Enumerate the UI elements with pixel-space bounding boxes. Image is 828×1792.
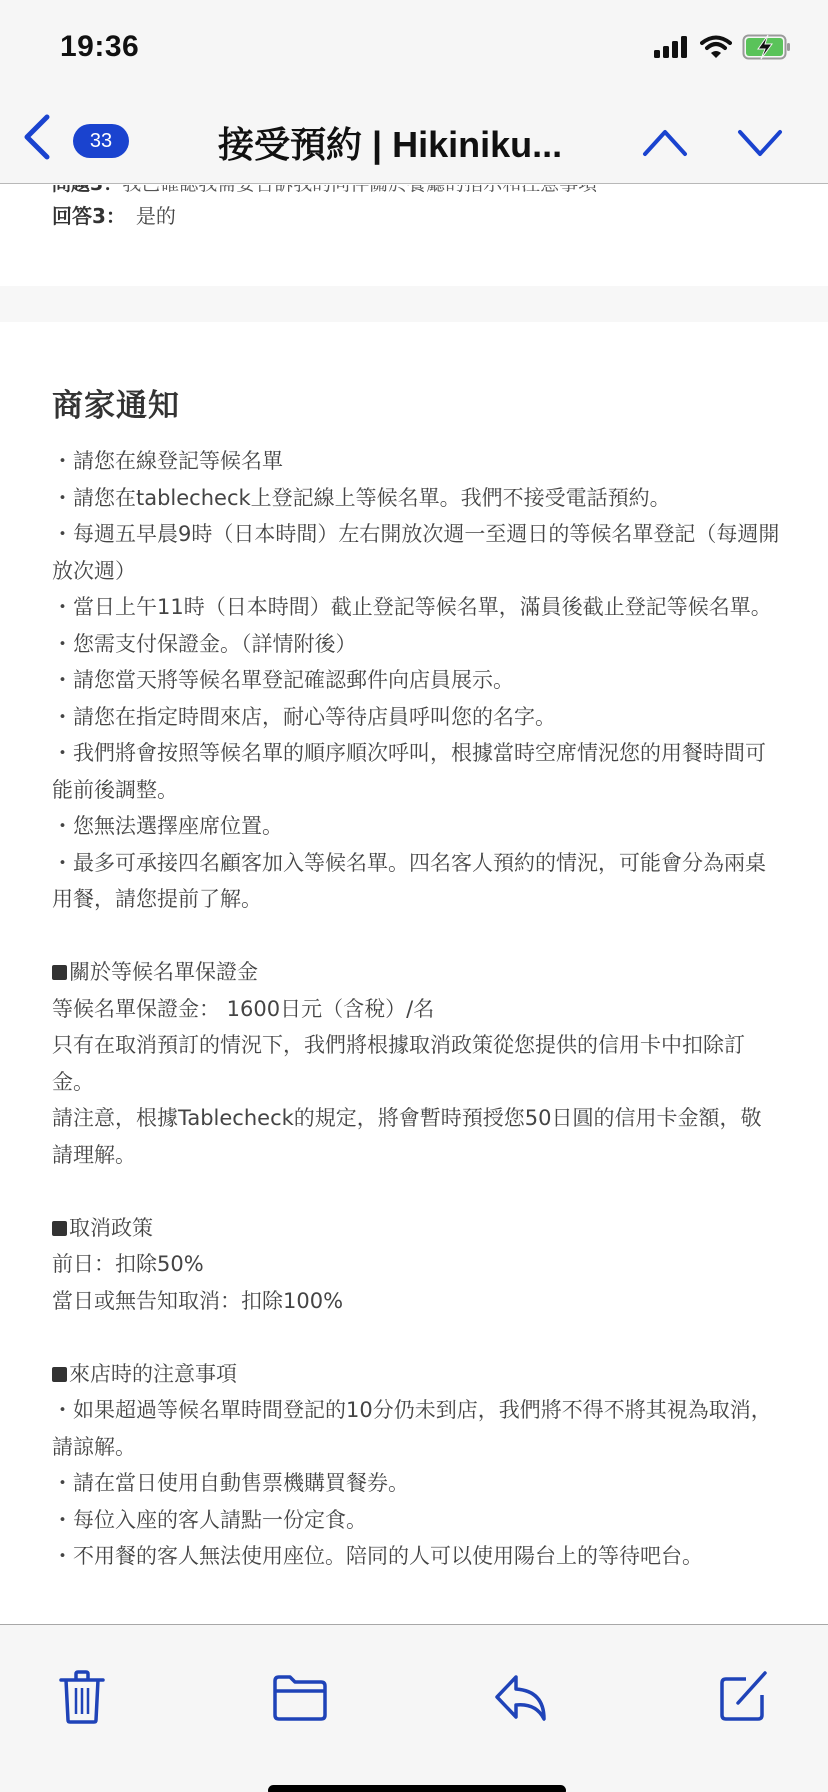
answer-3: 回答3：是的 (52, 200, 176, 229)
deposit-heading-text: 關於等候名單保證金 (69, 960, 258, 984)
merchant-notice-section: 商家通知 ・請您在線登記等候名單 ・請您在tablecheck上登記線上等候名單… (52, 380, 782, 1575)
reply-button[interactable] (492, 1669, 552, 1729)
merchant-notice-title: 商家通知 (52, 380, 782, 425)
status-icons (654, 36, 792, 62)
answer-text: 是的 (136, 204, 176, 228)
notice-item: ・每週五早晨9時（日本時間）左右開放次週一至週日的等候名單登記（每週開放次週） (52, 516, 782, 589)
notice-item: ・最多可承接四名顧客加入等候名單。四名客人預約的情況，可能會分為兩桌用餐，請您提… (52, 845, 782, 918)
visit-item: ・請在當日使用自動售票機購買餐券。 (52, 1465, 782, 1502)
next-message-button[interactable] (735, 122, 785, 162)
email-subject-title: 接受預約 | Hikiniku... (218, 117, 618, 168)
cancellation-heading: 取消政策 (52, 1210, 782, 1247)
spacer (52, 1173, 782, 1210)
deposit-heading: 關於等候名單保證金 (52, 954, 782, 991)
visit-heading: 來店時的注意事項 (52, 1356, 782, 1393)
section-separator (0, 286, 828, 322)
back-button[interactable] (22, 114, 62, 164)
deposit-line: 等候名單保證金： 1600日元（含稅）/名 (52, 991, 782, 1028)
deposit-line: 請注意，根據Tablecheck的規定，將會暫時預授您50日圓的信用卡金額，敬請… (52, 1100, 782, 1173)
notice-item: ・請您當天將等候名單登記確認郵件向店員展示。 (52, 662, 782, 699)
nav-bar: 33 接受預約 | Hikiniku... (0, 100, 828, 184)
question-label: 問題3： (52, 185, 122, 195)
notice-item: ・我們將會按照等候名單的順序順次呼叫，根據當時空席情況您的用餐時間可能前後調整。 (52, 735, 782, 808)
chevron-up-icon (640, 147, 690, 166)
cancellation-heading-text: 取消政策 (69, 1216, 153, 1240)
compose-button[interactable] (714, 1669, 774, 1729)
notice-item: ・您無法選擇座席位置。 (52, 808, 782, 845)
spacer (52, 918, 782, 955)
folder-icon (272, 1673, 328, 1725)
visit-item: ・每位入座的客人請點一份定食。 (52, 1502, 782, 1539)
visit-item: ・如果超過等候名單時間登記的10分仍未到店，我們將不得不將其視為取消，請諒解。 (52, 1392, 782, 1465)
unread-count-badge[interactable]: 33 (73, 124, 129, 158)
email-body[interactable]: 問題3：我已確認我需要告訴我的同伴關於餐廳的指示和注意事項 回答3：是的 商家通… (0, 185, 828, 1623)
answer-label: 回答3： (52, 204, 126, 228)
wifi-icon (700, 35, 732, 63)
notice-item: ・當日上午11時（日本時間）截止登記等候名單，滿員後截止登記等候名單。 (52, 589, 782, 626)
square-bullet-icon (52, 1367, 67, 1382)
status-time: 19:36 (60, 30, 139, 64)
cancellation-line: 前日：扣除50% (52, 1246, 782, 1283)
visit-heading-text: 來店時的注意事項 (69, 1362, 237, 1386)
square-bullet-icon (52, 1221, 67, 1236)
spacer (52, 1319, 782, 1356)
home-indicator[interactable] (268, 1785, 566, 1792)
chevron-left-icon (22, 114, 52, 164)
deposit-line: 只有在取消預訂的情況下，我們將根據取消政策從您提供的信用卡中扣除訂金。 (52, 1027, 782, 1100)
bottom-toolbar (0, 1624, 828, 1792)
trash-icon (58, 1669, 106, 1729)
square-bullet-icon (52, 965, 67, 980)
notice-item: ・請您在tablecheck上登記線上等候名單。我們不接受電話預約。 (52, 480, 782, 517)
cancellation-line: 當日或無告知取消：扣除100% (52, 1283, 782, 1320)
notice-item: ・請您在指定時間來店，耐心等待店員呼叫您的名字。 (52, 699, 782, 736)
chevron-down-icon (735, 147, 785, 166)
cellular-signal-icon (654, 35, 690, 63)
battery-charging-icon (742, 34, 792, 64)
visit-item: ・不用餐的客人無法使用座位。陪同的人可以使用陽台上的等待吧台。 (52, 1538, 782, 1575)
previous-message-button[interactable] (640, 122, 690, 162)
move-to-folder-button[interactable] (270, 1669, 330, 1729)
trash-button[interactable] (52, 1669, 112, 1729)
notice-item: ・請您在線登記等候名單 (52, 443, 782, 480)
question-3: 問題3：我已確認我需要告訴我的同伴關於餐廳的指示和注意事項 (52, 185, 597, 196)
status-bar: 19:36 (0, 0, 828, 100)
notice-item: ・您需支付保證金。（詳情附後） (52, 626, 782, 663)
compose-icon (716, 1669, 772, 1729)
question-text: 我已確認我需要告訴我的同伴關於餐廳的指示和注意事項 (122, 185, 597, 195)
reply-icon (494, 1673, 550, 1725)
